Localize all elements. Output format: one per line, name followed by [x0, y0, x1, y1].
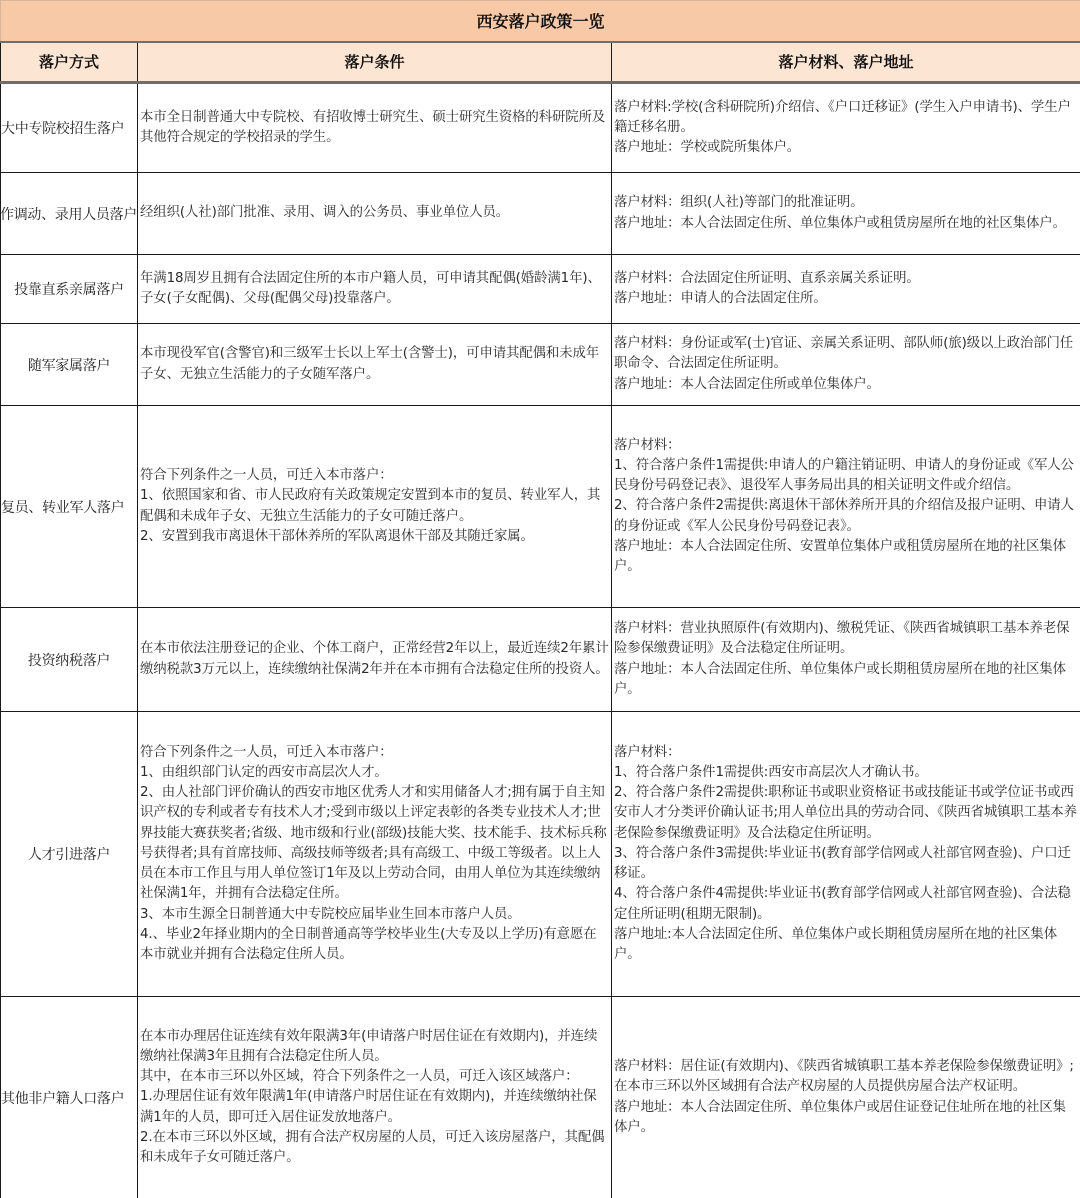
table-row: 复员、转业军人落户 符合下列条件之一人员，可迁入本市落户： 1、依照国家和省、市… — [1, 406, 1080, 608]
materials-line: 落户材料：组织(人社)等部门的批准证明。 — [614, 193, 1078, 213]
address-line: 落户地址：本人合法固定住所或单位集体户。 — [614, 375, 1078, 395]
conditions-line: 在本市依法注册登记的企业、个体工商户，正常经营2年以上，最近连续2年累计缴纳税款… — [140, 639, 609, 679]
conditions-cell: 年满18周岁且拥有合法固定住所的本市户籍人员，可申请其配偶(婚龄满1年)、子女(… — [138, 255, 612, 324]
method-cell: 复员、转业军人落户 — [1, 406, 138, 608]
address-line: 落户地址：学校或院所集体户。 — [614, 138, 1078, 158]
materials-line: 2、符合落户条件2需提供:职称证书或职业资格证书或技能证书或学位证书或西安市人才… — [614, 783, 1078, 844]
materials-cell: 落户材料：组织(人社)等部门的批准证明。 落户地址：本人合法固定住所、单位集体户… — [612, 173, 1080, 255]
materials-line: 落户材料:学校(含科研院所)介绍信、《户口迁移证》(学生入户申请书)、学生户籍迁… — [614, 98, 1078, 138]
materials-cell: 落户材料： 1、符合落户条件1需提供:西安市高层次人才确认书。 2、符合落户条件… — [612, 712, 1080, 997]
materials-line: 落户材料：居住证(有效期内)、《陕西省城镇职工基本养老保险参保缴费证明》;在本市… — [614, 1057, 1078, 1097]
method-cell: 投靠直系亲属落户 — [1, 255, 138, 324]
table-title: 西安落户政策一览 — [1, 1, 1080, 42]
materials-line: 1、符合落户条件1需提供:西安市高层次人才确认书。 — [614, 763, 1078, 783]
address-line: 落户地址：本人合法固定住所、单位集体户或租赁房屋所在地的社区集体户。 — [614, 214, 1078, 234]
header-materials: 落户材料、落户地址 — [612, 42, 1080, 83]
conditions-line: 2、由人社部门评价确认的西安市地区优秀人才和实用储备人才;拥有属于自主知识产权的… — [140, 783, 609, 904]
table-row: 其他非户籍人口落户 在本市办理居住证连续有效年限满3年(申请落户时居住证在有效期… — [1, 997, 1080, 1198]
materials-line: 落户材料：营业执照原件(有效期内)、缴税凭证、《陕西省城镇职工基本养老保险参保缴… — [614, 619, 1078, 659]
method-cell: 其他非户籍人口落户 — [1, 997, 138, 1198]
materials-line: 落户材料： — [614, 436, 1078, 456]
materials-cell: 落户材料:学校(含科研院所)介绍信、《户口迁移证》(学生入户申请书)、学生户籍迁… — [612, 83, 1080, 173]
conditions-line: 2.在本市三环以外区域，拥有合法产权房屋的人员，可迁入该房屋落户，其配偶和未成年… — [140, 1128, 609, 1168]
materials-line: 3、符合落户条件3需提供:毕业证书(教育部学信网或人社部官网查验)、户口迁移证。 — [614, 844, 1078, 884]
table-row: 人才引进落户 符合下列条件之一人员，可迁入本市落户： 1、由组织部门认定的西安市… — [1, 712, 1080, 997]
conditions-line: 经组织(人社)部门批准、录用、调入的公务员、事业单位人员。 — [140, 203, 609, 223]
policy-table: 西安落户政策一览 落户方式 落户条件 落户材料、落户地址 大中专院校招生落户 本… — [0, 0, 1080, 1198]
method-cell: 工作调动、录用人员落户 — [1, 173, 138, 255]
conditions-line: 1.办理居住证有效年限满1年(申请落户时居住证在有效期内)，并连续缴纳社保满1年… — [140, 1087, 609, 1127]
table-row: 工作调动、录用人员落户 经组织(人社)部门批准、录用、调入的公务员、事业单位人员… — [1, 173, 1080, 255]
conditions-line: 在本市办理居住证连续有效年限满3年(申请落户时居住证在有效期内)，并连续缴纳社保… — [140, 1027, 609, 1067]
conditions-line: 4.、毕业2年择业期内的全日制普通高等学校毕业生(大专及以上学历)有意愿在本市就… — [140, 925, 609, 965]
conditions-cell: 经组织(人社)部门批准、录用、调入的公务员、事业单位人员。 — [138, 173, 612, 255]
table-row: 投靠直系亲属落户 年满18周岁且拥有合法固定住所的本市户籍人员，可申请其配偶(婚… — [1, 255, 1080, 324]
materials-cell: 落户材料：营业执照原件(有效期内)、缴税凭证、《陕西省城镇职工基本养老保险参保缴… — [612, 608, 1080, 712]
address-line: 落户地址：申请人的合法固定住所。 — [614, 289, 1078, 309]
materials-line: 落户材料：身份证或军(士)官证、亲属关系证明、部队师(旅)级以上政治部门任职命令… — [614, 334, 1078, 374]
materials-cell: 落户材料： 1、符合落户条件1需提供:申请人的户籍注销证明、申请人的身份证或《军… — [612, 406, 1080, 608]
conditions-cell: 在本市办理居住证连续有效年限满3年(申请落户时居住证在有效期内)，并连续缴纳社保… — [138, 997, 612, 1198]
materials-line: 1、符合落户条件1需提供:申请人的户籍注销证明、申请人的身份证或《军人公民身份号… — [614, 456, 1078, 496]
conditions-cell: 符合下列条件之一人员，可迁入本市落户： 1、由组织部门认定的西安市高层次人才。 … — [138, 712, 612, 997]
method-cell: 随军家属落户 — [1, 324, 138, 406]
title-row: 西安落户政策一览 — [1, 1, 1080, 42]
header-conditions: 落户条件 — [138, 42, 612, 83]
method-cell: 人才引进落户 — [1, 712, 138, 997]
materials-cell: 落户材料：居住证(有效期内)、《陕西省城镇职工基本养老保险参保缴费证明》;在本市… — [612, 997, 1080, 1198]
materials-line: 落户材料： — [614, 743, 1078, 763]
materials-line: 2、符合落户条件2需提供:离退休干部休养所开具的介绍信及报户证明、申请人的身份证… — [614, 496, 1078, 536]
table-row: 大中专院校招生落户 本市全日制普通大中专院校、有招收博士研究生、硕士研究生资格的… — [1, 83, 1080, 173]
materials-cell: 落户材料：合法固定住所证明、直系亲属关系证明。 落户地址：申请人的合法固定住所。 — [612, 255, 1080, 324]
address-line: 落户地址:本人合法固定住所、单位集体户或长期租赁房屋所在地的社区集体户。 — [614, 925, 1078, 965]
conditions-line: 年满18周岁且拥有合法固定住所的本市户籍人员，可申请其配偶(婚龄满1年)、子女(… — [140, 269, 609, 309]
conditions-cell: 符合下列条件之一人员，可迁入本市落户： 1、依照国家和省、市人民政府有关政策规定… — [138, 406, 612, 608]
method-cell: 投资纳税落户 — [1, 608, 138, 712]
conditions-cell: 本市全日制普通大中专院校、有招收博士研究生、硕士研究生资格的科研院所及其他符合规… — [138, 83, 612, 173]
conditions-line: 其中，在本市三环以外区域，符合下列条件之一人员，可迁入该区域落户： — [140, 1067, 609, 1087]
conditions-cell: 本市现役军官(含警官)和三级军士长以上军士(含警士)，可申请其配偶和未成年子女、… — [138, 324, 612, 406]
method-cell: 大中专院校招生落户 — [1, 83, 138, 173]
address-line: 落户地址：本人合法固定住所、单位集体户或居住证登记住址所在地的社区集体户。 — [614, 1098, 1078, 1138]
conditions-line: 本市全日制普通大中专院校、有招收博士研究生、硕士研究生资格的科研院所及其他符合规… — [140, 108, 609, 148]
header-method: 落户方式 — [1, 42, 138, 83]
conditions-line: 1、由组织部门认定的西安市高层次人才。 — [140, 763, 609, 783]
conditions-line: 1、依照国家和省、市人民政府有关政策规定安置到本市的复员、转业军人，其配偶和未成… — [140, 486, 609, 526]
conditions-cell: 在本市依法注册登记的企业、个体工商户，正常经营2年以上，最近连续2年累计缴纳税款… — [138, 608, 612, 712]
conditions-line: 2、安置到我市离退休干部休养所的军队离退休干部及其随迁家属。 — [140, 527, 609, 547]
conditions-line: 符合下列条件之一人员，可迁入本市落户： — [140, 743, 609, 763]
materials-line: 落户材料：合法固定住所证明、直系亲属关系证明。 — [614, 269, 1078, 289]
header-row: 落户方式 落户条件 落户材料、落户地址 — [1, 42, 1080, 83]
address-line: 落户地址：本人合法固定住所、安置单位集体户或租赁房屋所在地的社区集体户。 — [614, 537, 1078, 577]
conditions-line: 符合下列条件之一人员，可迁入本市落户： — [140, 466, 609, 486]
conditions-line: 本市现役军官(含警官)和三级军士长以上军士(含警士)，可申请其配偶和未成年子女、… — [140, 344, 609, 384]
materials-line: 4、符合落户条件4需提供:毕业证书(教育部学信网或人社部官网查验)、合法稳定住所… — [614, 884, 1078, 924]
table-row: 随军家属落户 本市现役军官(含警官)和三级军士长以上军士(含警士)，可申请其配偶… — [1, 324, 1080, 406]
materials-cell: 落户材料：身份证或军(士)官证、亲属关系证明、部队师(旅)级以上政治部门任职命令… — [612, 324, 1080, 406]
table-row: 投资纳税落户 在本市依法注册登记的企业、个体工商户，正常经营2年以上，最近连续2… — [1, 608, 1080, 712]
conditions-line: 3、本市生源全日制普通大中专院校应届毕业生回本市落户人员。 — [140, 905, 609, 925]
address-line: 落户地址：本人合法固定住所、单位集体户或长期租赁房屋所在地的社区集体户。 — [614, 660, 1078, 700]
